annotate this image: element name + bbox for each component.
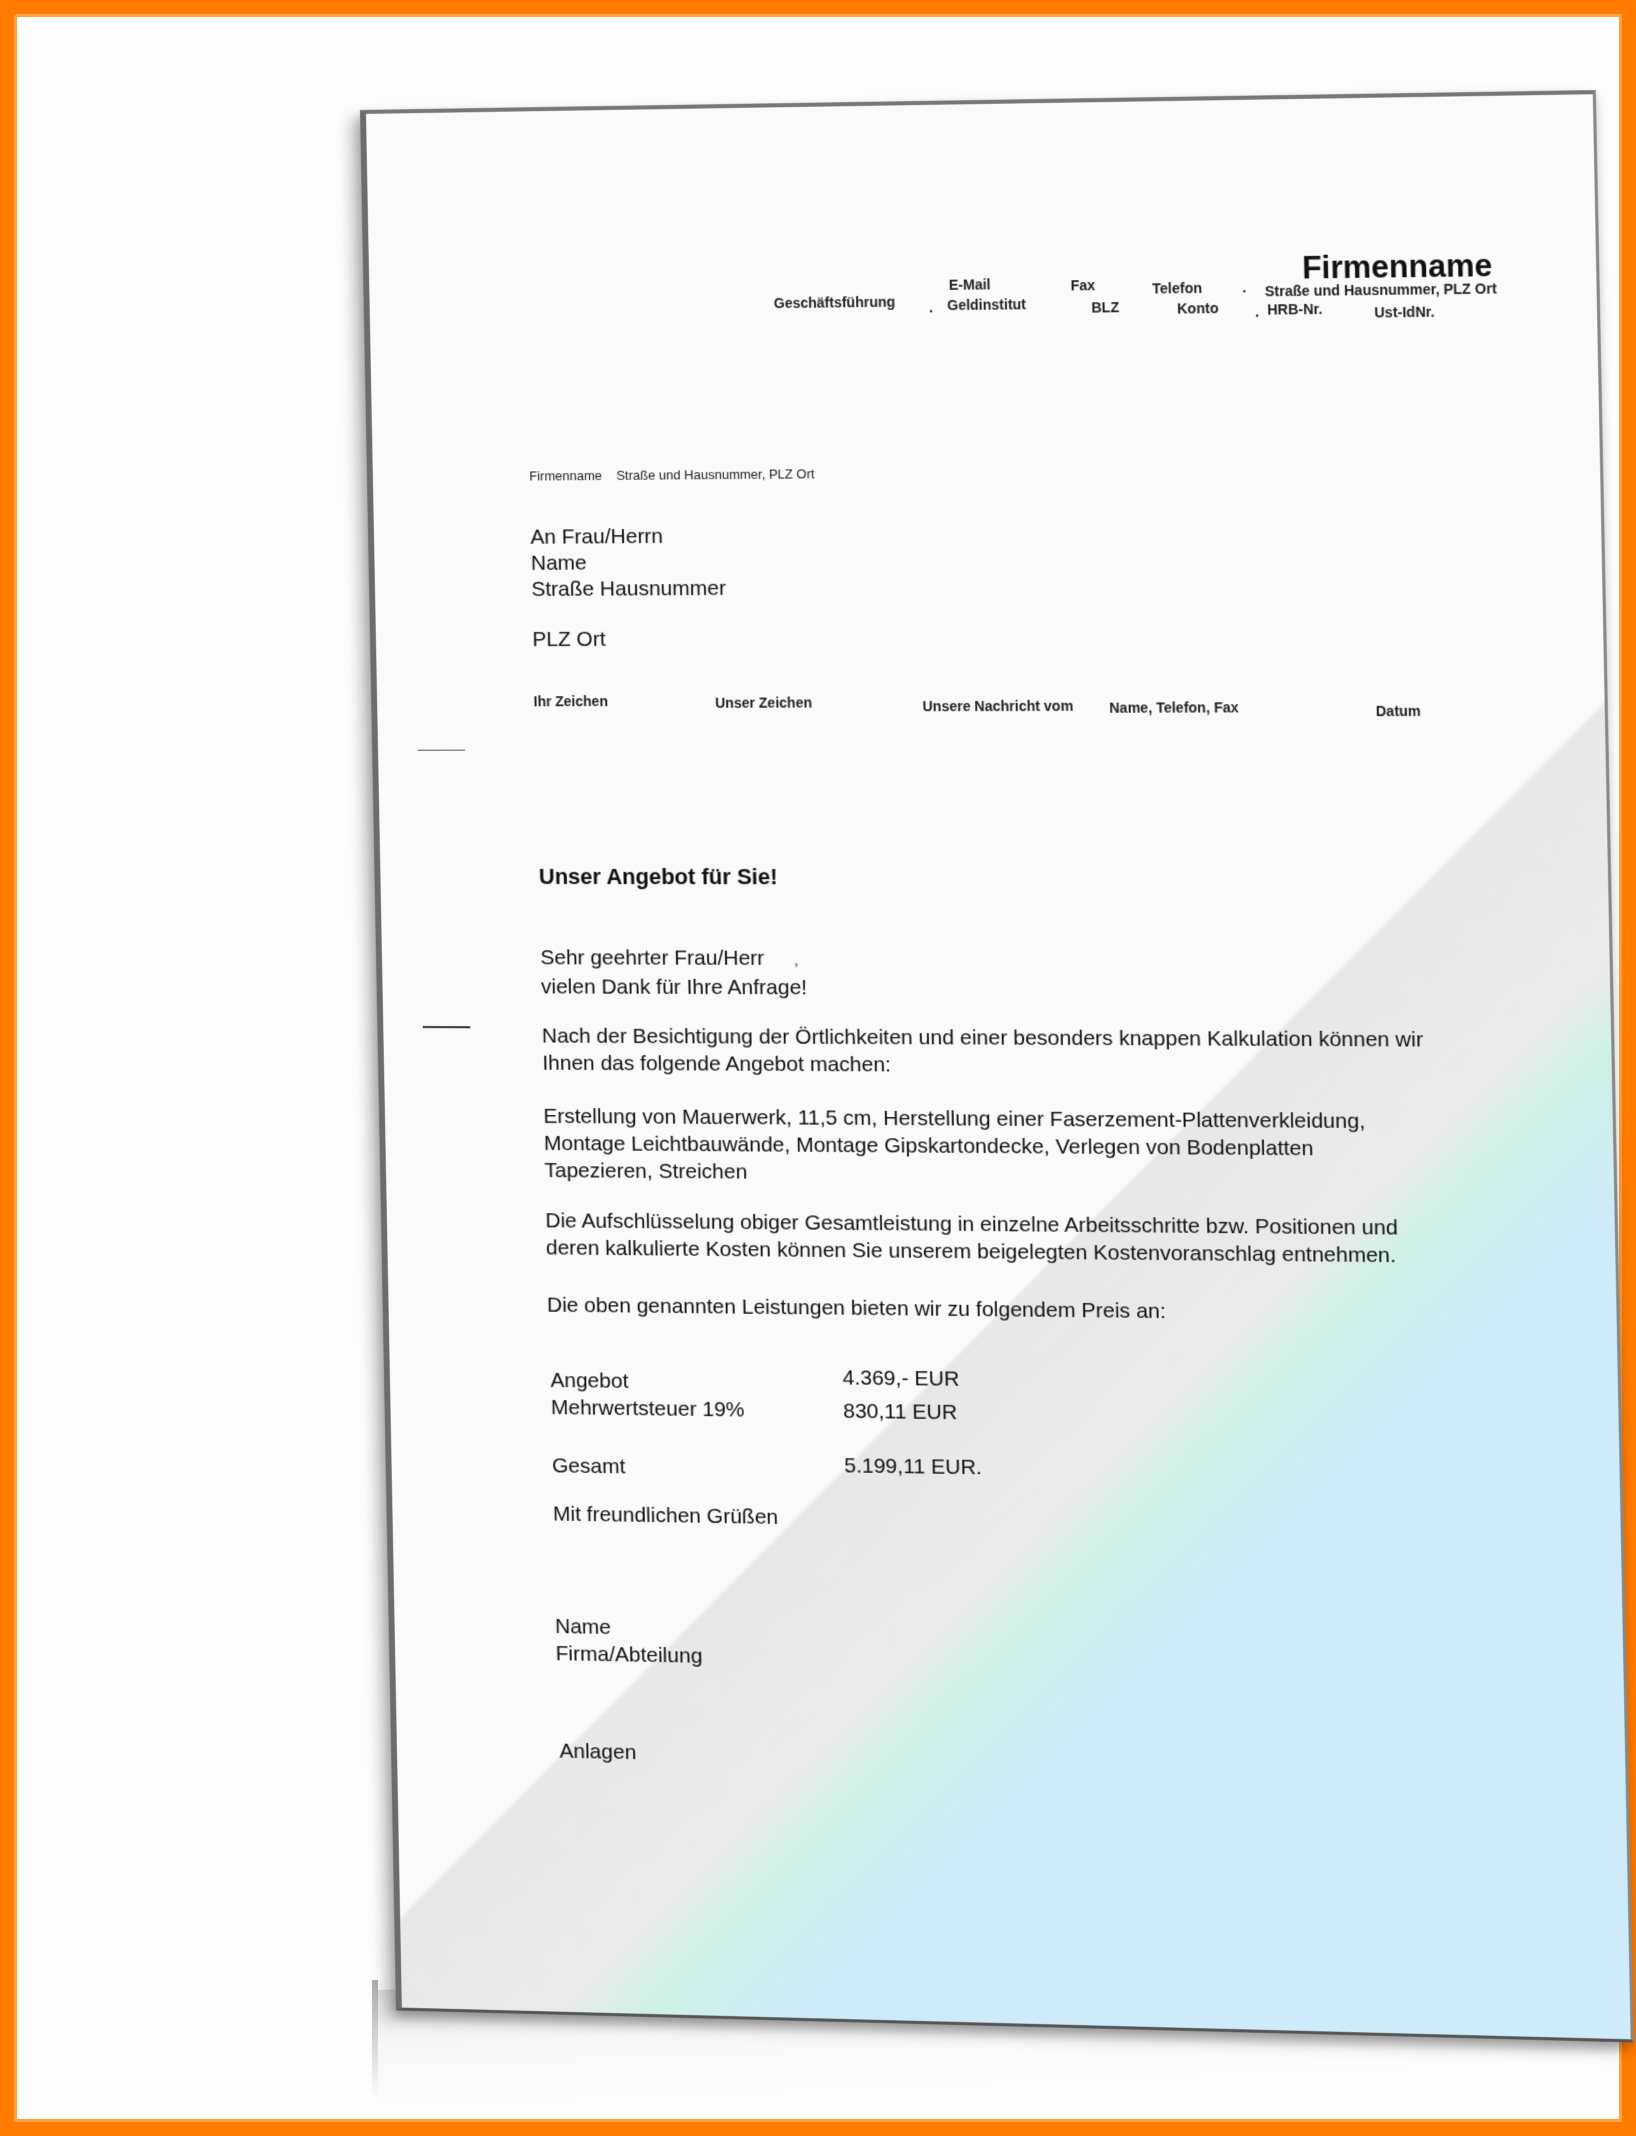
recipient-street: Straße Hausnummer	[531, 576, 726, 603]
signature-name: Name	[555, 1613, 702, 1643]
header-email: E-Mail	[949, 276, 991, 293]
paragraph-2: Erstellung von Mauerwerk, 11,5 cm, Herst…	[543, 1103, 1366, 1191]
header-separator: .	[1255, 303, 1259, 319]
greeting-comma: ,	[794, 952, 798, 968]
price-row-vat: Mehrwertsteuer 19% 830,11 EUR	[551, 1394, 981, 1427]
fold-mark-middle	[423, 1026, 471, 1028]
ref-unser-zeichen: Unser Zeichen	[715, 694, 812, 710]
signature-department: Firma/Abteilung	[555, 1640, 702, 1670]
ref-name-telefon-fax: Name, Telefon, Fax	[1109, 699, 1239, 716]
recipient-salutation: An Frau/Herrn	[530, 523, 725, 550]
ref-nachricht-vom: Unsere Nachricht vom	[922, 698, 1073, 715]
header-fax: Fax	[1070, 277, 1095, 294]
closing: Mit freundlichen Grüßen	[553, 1500, 779, 1531]
vat-label: Mehrwertsteuer 19%	[551, 1394, 844, 1425]
ref-datum: Datum	[1376, 703, 1421, 719]
thanks-line: vielen Dank für Ihre Anfrage!	[541, 973, 808, 1001]
paragraph-2-line: Tapezieren, Streichen	[544, 1157, 1366, 1190]
header-management: Geschäftsführung	[774, 294, 896, 312]
header-bank: Geldinstitut	[947, 296, 1026, 313]
sender-company: Firmenname	[529, 468, 602, 484]
attachments: Anlagen	[559, 1738, 636, 1767]
header-separator: .	[1242, 279, 1246, 295]
header-telefon: Telefon	[1152, 280, 1202, 297]
price-table: Angebot 4.369,- EUR Mehrwertsteuer 19% 8…	[550, 1361, 982, 1486]
paragraph-1-line: Ihnen das folgende Angebot machen:	[542, 1050, 1424, 1082]
recipient-city: PLZ Ort	[532, 626, 727, 653]
paragraph-4: Die oben genannten Leistungen bieten wir…	[547, 1292, 1166, 1326]
vat-value: 830,11 EUR	[843, 1398, 981, 1427]
offer-value: 4.369,- EUR	[842, 1364, 980, 1399]
recipient-address: An Frau/Herrn Name Straße Hausnummer PLZ…	[530, 523, 727, 653]
price-row-total: Gesamt 5.199,11 EUR.	[552, 1448, 982, 1485]
greeting: Sehr geehrter Frau/Herr	[540, 946, 764, 970]
sender-address: Straße und Hausnummer, PLZ Ort	[616, 466, 815, 483]
offer-label: Angebot	[550, 1361, 843, 1398]
fold-mark-top	[418, 750, 466, 751]
header-blz: BLZ	[1091, 299, 1119, 316]
sender-line: Firmenname Straße und Hausnummer, PLZ Or…	[529, 466, 815, 483]
ref-ihr-zeichen: Ihr Zeichen	[533, 693, 608, 709]
total-value: 5.199,11 EUR.	[844, 1452, 982, 1485]
header-address: Straße und Hausnummer, PLZ Ort	[1265, 280, 1497, 299]
letter-subject: Unser Angebot für Sie!	[539, 864, 778, 890]
greeting-block: Sehr geehrter Frau/Herr, vielen Dank für…	[540, 944, 807, 1001]
header-konto: Konto	[1177, 300, 1219, 317]
header-ust: Ust-IdNr.	[1374, 304, 1435, 321]
signature-block: Name Firma/Abteilung	[555, 1613, 703, 1670]
paragraph-1: Nach der Besichtigung der Örtlichkeiten …	[542, 1023, 1424, 1082]
total-label: Gesamt	[552, 1448, 845, 1483]
header-hrb: HRB-Nr.	[1267, 301, 1322, 318]
header-separator: .	[929, 299, 933, 315]
recipient-name: Name	[531, 550, 726, 577]
document-stage: Firmenname E-Mail Fax Telefon . Straße u…	[0, 0, 1636, 2136]
paragraph-1-line: Nach der Besichtigung der Örtlichkeiten …	[542, 1023, 1424, 1054]
price-row-offer: Angebot 4.369,- EUR	[550, 1361, 980, 1399]
paragraph-3: Die Aufschlüsselung obiger Gesamtleistun…	[545, 1207, 1398, 1269]
document-sheet: Firmenname E-Mail Fax Telefon . Straße u…	[360, 90, 1634, 2042]
letter-content: Firmenname E-Mail Fax Telefon . Straße u…	[366, 94, 1631, 2039]
